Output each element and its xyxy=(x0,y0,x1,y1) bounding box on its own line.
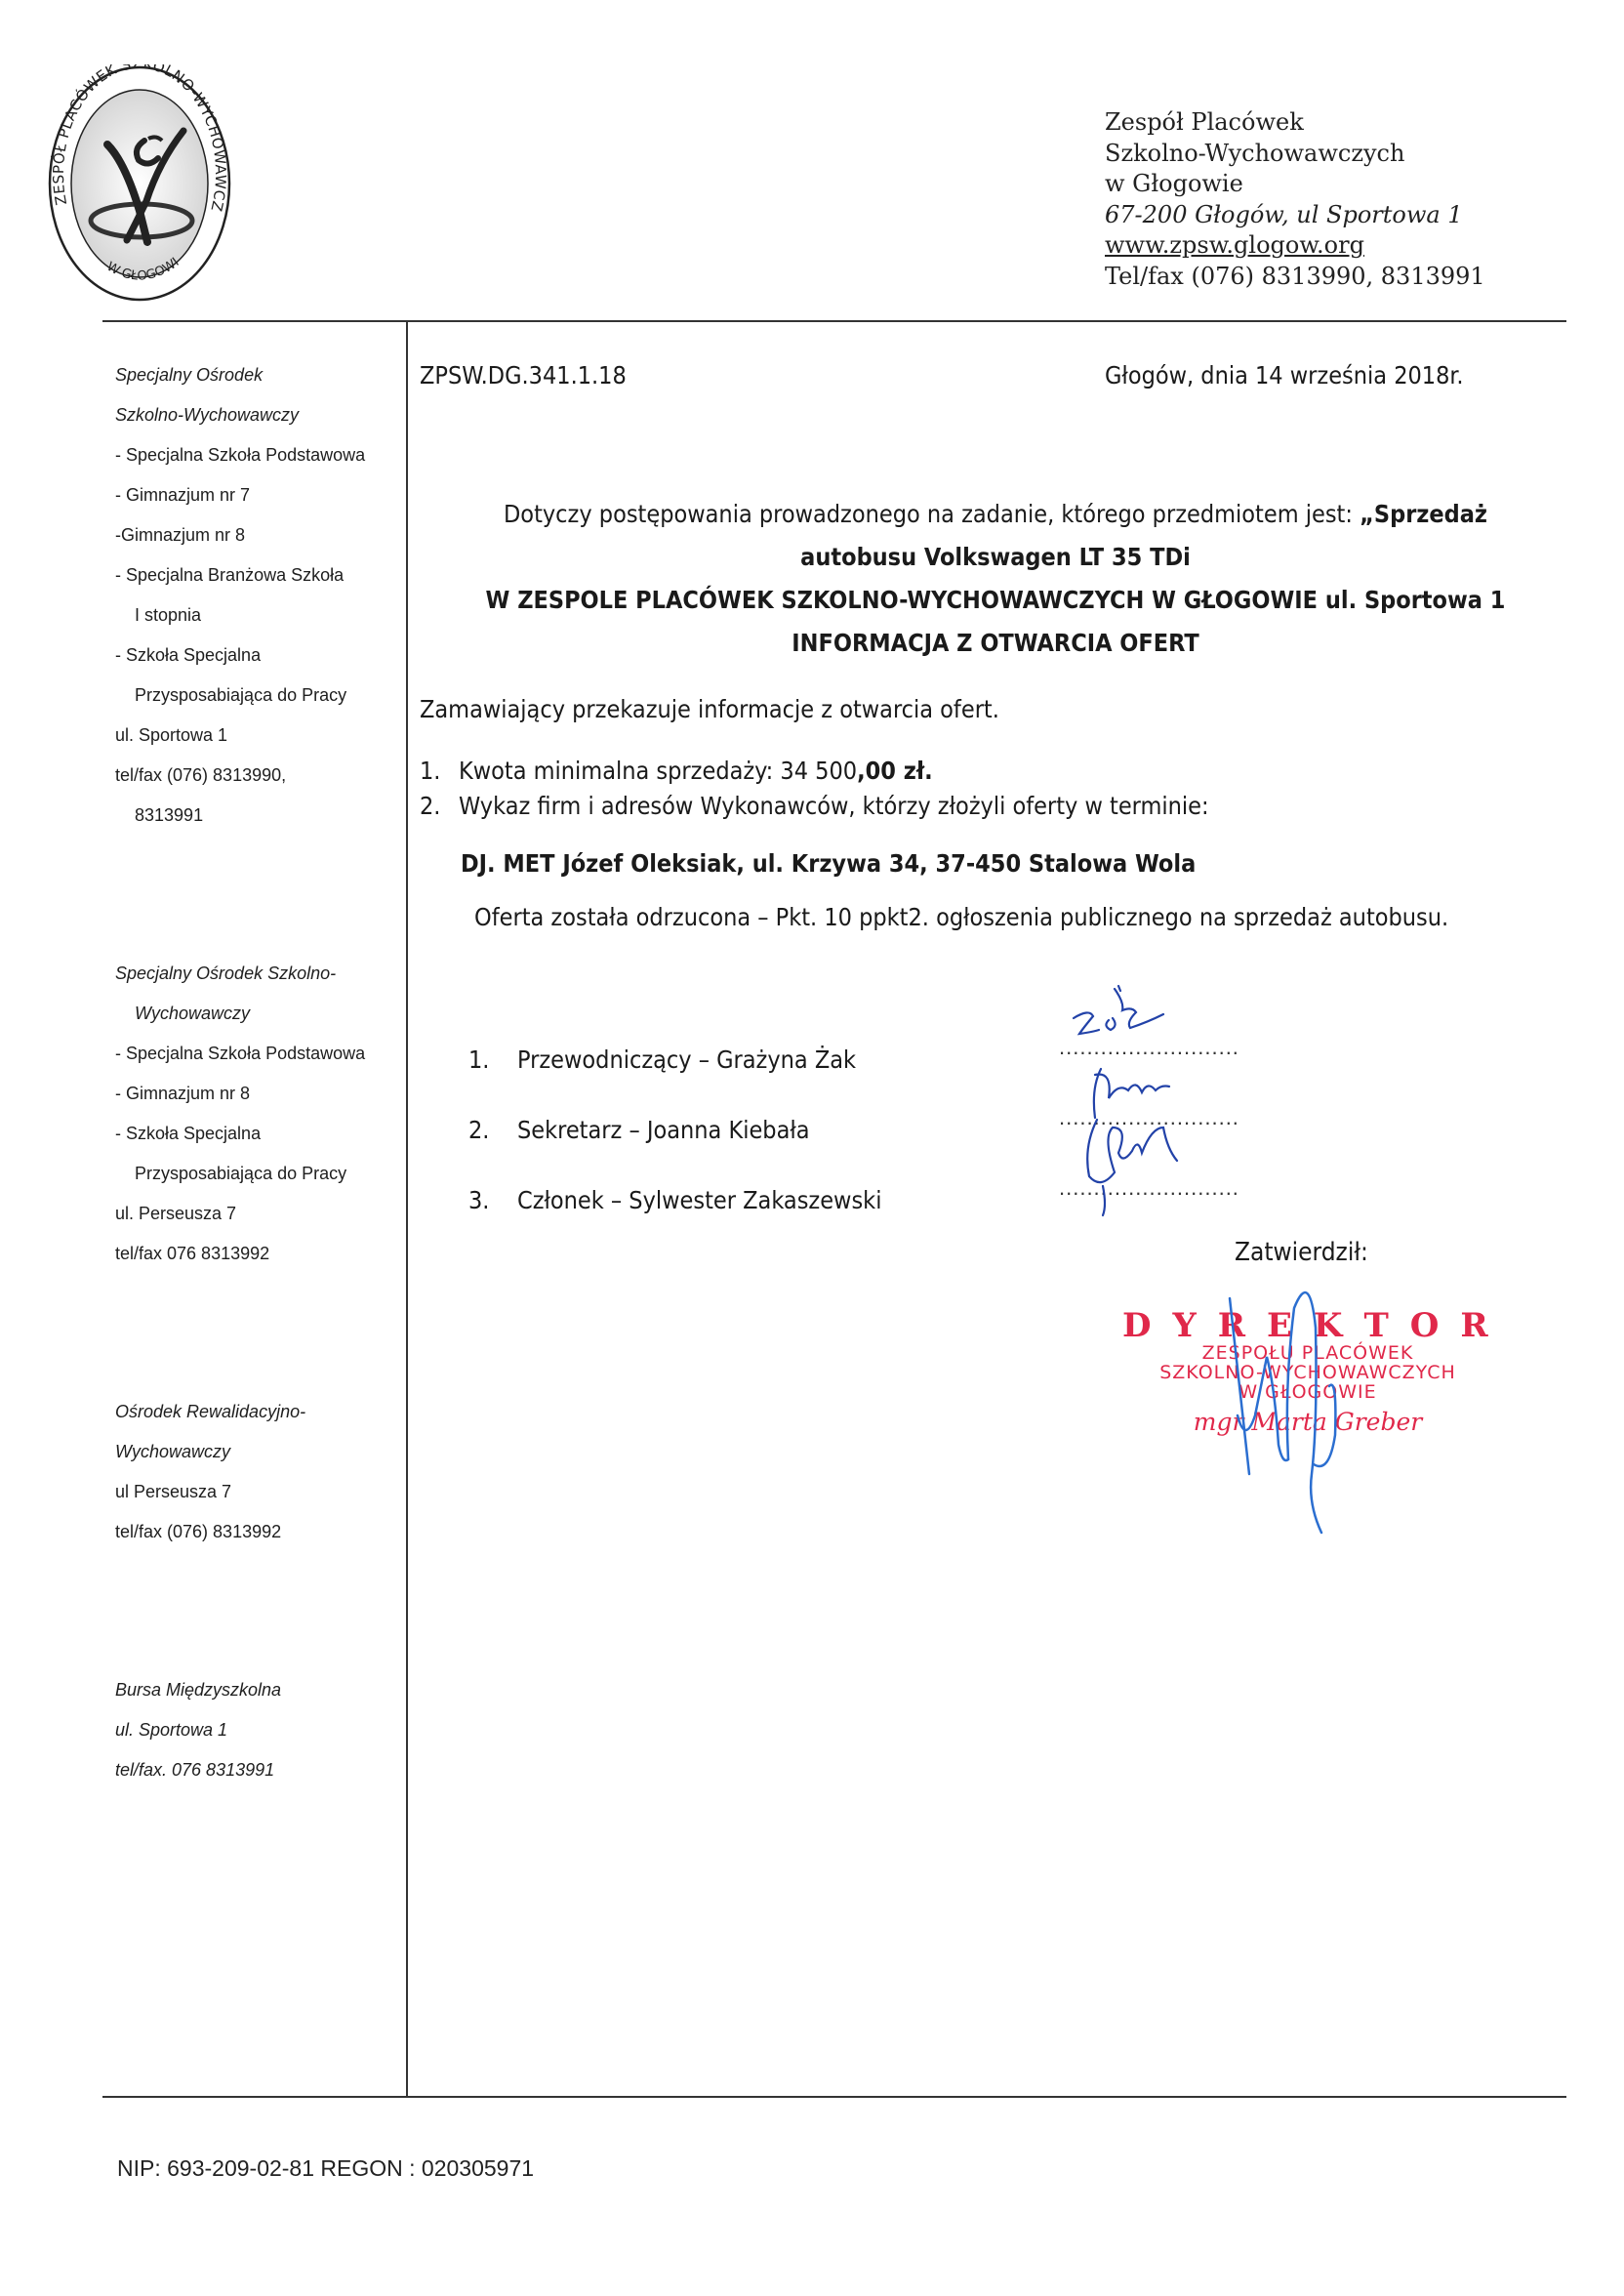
sidebar-line: Szkolno-Wychowawczy xyxy=(115,395,365,435)
committee-list: 1.Przewodniczący – Grażyna Żak 2.Sekreta… xyxy=(468,1025,881,1236)
director-signature-icon xyxy=(1220,1269,1357,1542)
document-reference: ZPSW.DG.341.1.18 xyxy=(420,361,627,389)
sidebar-line: ul. Perseusza 7 xyxy=(115,1194,365,1234)
subject-title-line3: W ZESPOLE PLACÓWEK SZKOLNO-WYCHOWAWCZYCH… xyxy=(420,579,1571,622)
sidebar-line: Przysposabiająca do Pracy xyxy=(115,1154,365,1194)
sidebar-line: - Gimnazjum nr 7 xyxy=(115,475,365,515)
institution-phone: Tel/fax (076) 8313990, 8313991 xyxy=(1105,262,1485,293)
institution-name-line1: Zespół Placówek xyxy=(1105,107,1485,139)
subject-intro: Dotyczy postępowania prowadzonego na zad… xyxy=(504,500,1360,528)
institution-name-line2: Szkolno-Wychowawczych xyxy=(1105,139,1485,170)
sidebar-unit-1: Specjalny OśrodekSzkolno-Wychowawczy- Sp… xyxy=(115,355,365,836)
sidebar-line: I stopnia xyxy=(115,595,365,635)
sidebar-line: ul Perseusza 7 xyxy=(115,1472,305,1512)
sidebar-line: tel/fax 076 8313992 xyxy=(115,1234,365,1274)
rejection-note: Oferta została odrzucona – Pkt. 10 ppkt2… xyxy=(474,903,1448,931)
document-date: Głogów, dnia 14 września 2018r. xyxy=(1105,361,1464,389)
sidebar-line: Bursa Międzyszkolna xyxy=(115,1670,281,1710)
info-list: 1.Kwota minimalna sprzedaży: 34 500,00 z… xyxy=(420,754,1209,824)
sidebar-line: - Gimnazjum nr 8 xyxy=(115,1074,365,1114)
document-subject: Dotyczy postępowania prowadzonego na zad… xyxy=(420,493,1571,665)
sidebar-line: ul. Sportowa 1 xyxy=(115,716,365,756)
committee-member: 2.Sekretarz – Joanna Kiebała xyxy=(468,1095,881,1166)
sidebar-line: Specjalny Ośrodek Szkolno- xyxy=(115,954,365,994)
institution-header: Zespół Placówek Szkolno-Wychowawczych w … xyxy=(1105,107,1485,292)
bottom-divider xyxy=(102,2096,1566,2098)
sidebar-line: Wychowawczy xyxy=(115,1432,305,1472)
sidebar-line: - Specjalna Szkoła Podstawowa xyxy=(115,1034,365,1074)
sidebar-line: ul. Sportowa 1 xyxy=(115,1710,281,1750)
school-logo: ZESPÓŁ PLACÓWEK SZKOLNO-WYCHOWAWCZYCH W … xyxy=(47,64,232,304)
sidebar-line: -Gimnazjum nr 8 xyxy=(115,515,365,555)
bidder-entry: DJ. MET Józef Oleksiak, ul. Krzywa 34, 3… xyxy=(461,849,1196,878)
committee-signatures-icon xyxy=(1054,981,1249,1235)
footer-tax-ids: NIP: 693-209-02-81 REGON : 020305971 xyxy=(117,2155,534,2182)
sidebar-line: - Szkoła Specjalna xyxy=(115,1114,365,1154)
sidebar-line: - Specjalna Szkoła Podstawowa xyxy=(115,435,365,475)
sidebar-line: Przysposabiająca do Pracy xyxy=(115,676,365,716)
sidebar-line: tel/fax (076) 8313992 xyxy=(115,1512,305,1552)
sidebar-line: Ośrodek Rewalidacyjno- xyxy=(115,1392,305,1432)
institution-city: w Głogowie xyxy=(1105,169,1485,200)
list-item: 2.Wykaz firm i adresów Wykonawców, którz… xyxy=(420,789,1209,824)
sidebar-unit-2: Specjalny Ośrodek Szkolno-Wychowawczy- S… xyxy=(115,954,365,1274)
subject-heading: INFORMACJA Z OTWARCIA OFERT xyxy=(420,622,1571,665)
top-divider xyxy=(102,320,1566,322)
approved-label: Zatwierdził: xyxy=(1235,1238,1368,1267)
list-item: 1.Kwota minimalna sprzedaży: 34 500,00 z… xyxy=(420,754,1209,789)
sidebar-line: Wychowawczy xyxy=(115,994,365,1034)
sidebar-line: - Specjalna Branżowa Szkoła xyxy=(115,555,365,595)
sidebar-divider xyxy=(406,320,408,2097)
sidebar-line: Specjalny Ośrodek xyxy=(115,355,365,395)
subject-title-start: „Sprzedaż xyxy=(1360,500,1487,528)
sidebar-unit-4: Bursa Międzyszkolnaul. Sportowa 1tel/fax… xyxy=(115,1670,281,1790)
sidebar-line: - Szkoła Specjalna xyxy=(115,635,365,676)
figure-emblem-icon: ZESPÓŁ PLACÓWEK SZKOLNO-WYCHOWAWCZYCH W … xyxy=(47,64,232,304)
sidebar-line: 8313991 xyxy=(115,796,365,836)
sidebar-line: tel/fax (076) 8313990, xyxy=(115,756,365,796)
committee-member: 3.Członek – Sylwester Zakaszewski xyxy=(468,1166,881,1236)
sidebar-line: tel/fax. 076 8313991 xyxy=(115,1750,281,1790)
subject-title-line2: autobusu Volkswagen LT 35 TDi xyxy=(420,536,1571,579)
intro-text: Zamawiający przekazuje informacje z otwa… xyxy=(420,695,999,723)
sidebar-unit-3: Ośrodek Rewalidacyjno-Wychowawczyul Pers… xyxy=(115,1392,305,1552)
institution-address: 67-200 Głogów, ul Sportowa 1 xyxy=(1105,200,1485,231)
website-link[interactable]: www.zpsw.glogow.org xyxy=(1105,230,1485,262)
committee-member: 1.Przewodniczący – Grażyna Żak xyxy=(468,1025,881,1095)
